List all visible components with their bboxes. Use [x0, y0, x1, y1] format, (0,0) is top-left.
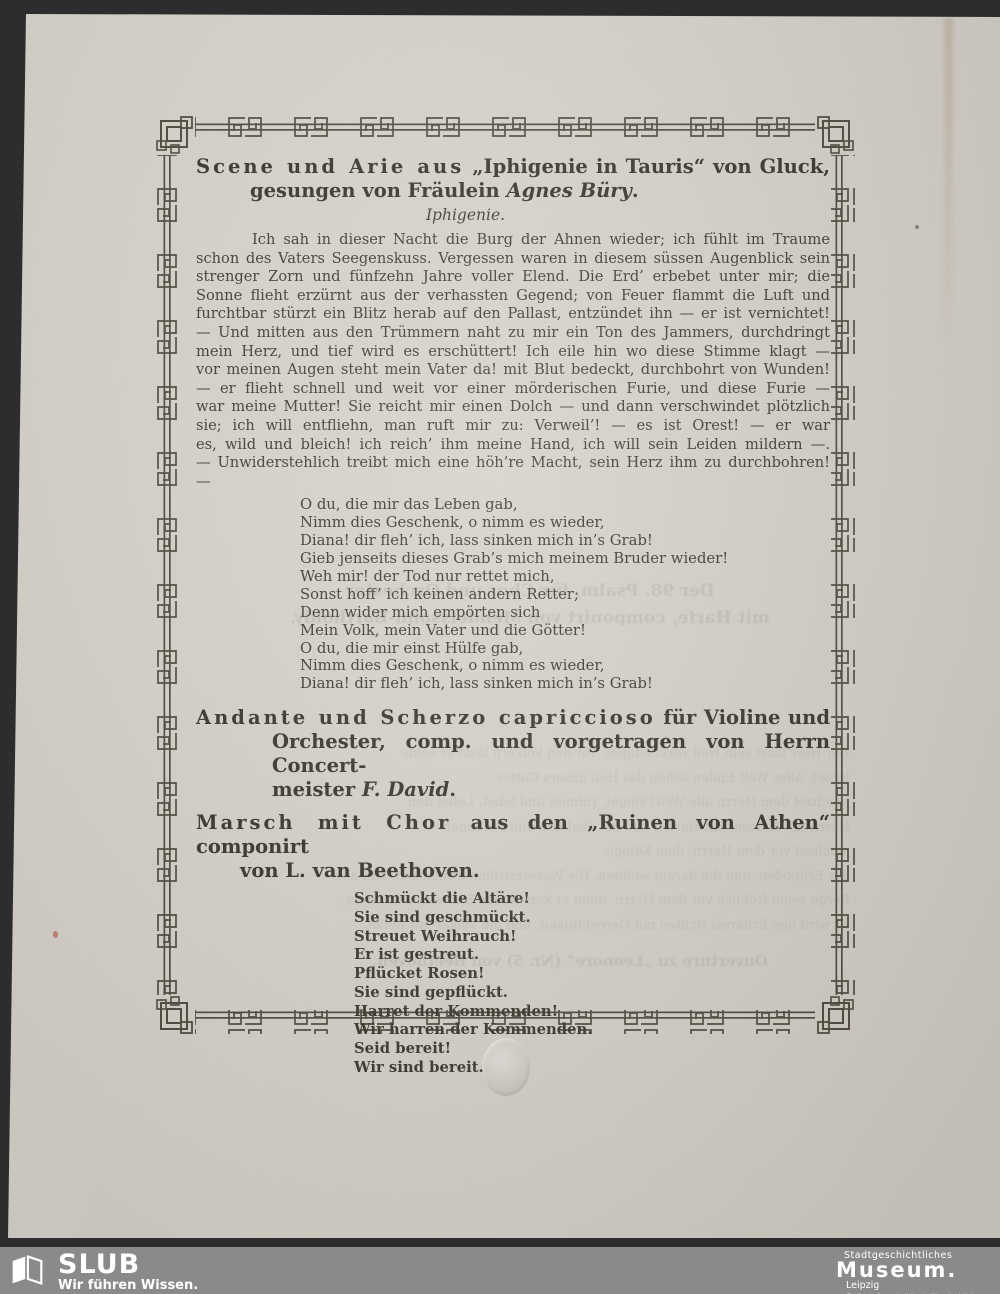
chorus-line: Sie sind geschmückt. — [354, 909, 830, 928]
chorus-line: Schmückt die Altäre! — [354, 890, 830, 909]
heading-line3-suffix: . — [449, 778, 456, 801]
section3-heading: Marsch mit Chor aus den „Ruinen von Athe… — [196, 811, 830, 883]
chorus-line: Harret der Kommenden! — [354, 1003, 830, 1022]
section2-heading-line1: Andante und Scherzo capriccioso für Viol… — [196, 706, 830, 730]
aria-verse-line: Denn wider mich empörten sich — [300, 604, 830, 622]
section3-heading-line1: Marsch mit Chor aus den „Ruinen von Athe… — [196, 811, 830, 859]
heading-spaced-text: Scene und Arie aus — [196, 155, 464, 178]
section2-heading-line2: Orchester, comp. und vorgetragen von Her… — [272, 730, 830, 778]
chorus-line: Er ist gestreut. — [354, 946, 830, 965]
chorus-line: Streuet Weihrauch! — [354, 928, 830, 947]
aria-verse-line: Gieb jenseits dieses Grab’s mich meinem … — [300, 550, 830, 568]
heading-rest-text: für Violine und — [663, 706, 830, 729]
aria-verse-line: Diana! dir fleh’ ich, lass sinken mich i… — [300, 532, 830, 550]
aria-verse-line: O du, die mir das Leben gab, — [300, 496, 830, 514]
section1-heading-line2: gesungen von Fräulein Agnes Büry. — [250, 179, 830, 203]
aria-verse-line: Weh mir! der Tod nur rettet mich, — [300, 568, 830, 586]
slub-tagline: Wir führen Wissen. — [58, 1278, 198, 1293]
aria-verse-line: Nimm dies Geschenk, o nimm es wieder, — [300, 514, 830, 532]
chorus-line: Pflücket Rosen! — [354, 965, 830, 984]
heading-line2-prefix: gesungen von Fräulein — [250, 179, 506, 202]
heading-rest-text: „Iphigenie in Tauris“ von Gluck, — [472, 155, 830, 178]
heading-line2-suffix: . — [632, 179, 639, 202]
paper-stain — [944, 18, 953, 338]
monologue-line: — Unwiderstehlich treibt mich eine höh’r… — [196, 454, 830, 491]
monologue-line: Sonne flieht erzürnt aus der verhassten … — [196, 287, 830, 306]
heading-line3-prefix: meister — [272, 778, 362, 801]
heading-spaced-text: Marsch mit Chor — [196, 811, 451, 834]
slub-logo[interactable]: SLUB Wir führen Wissen. — [10, 1251, 198, 1293]
chorus-line: Wir sind bereit. — [354, 1059, 830, 1078]
open-book-icon — [10, 1253, 44, 1287]
museum-name: Museum. — [836, 1261, 986, 1280]
monologue-line: strenger Zorn und fünfzehn Jahre voller … — [196, 268, 830, 287]
aria-verse-line: Mein Volk, mein Vater und die Götter! — [300, 622, 830, 640]
aria-verse-line: Diana! dir fleh’ ich, lass sinken mich i… — [300, 675, 830, 693]
heading-spaced-text: Andante und Scherzo capriccioso — [196, 706, 656, 729]
section1-heading-line1: Scene und Arie aus „Iphigenie in Tauris“… — [196, 155, 830, 179]
performer-name: Agnes Büry — [506, 179, 631, 202]
section3-heading-line2: von L. van Beethoven. — [240, 859, 830, 883]
monologue-line: Ich sah in dieser Nacht die Burg der Ahn… — [196, 231, 830, 250]
slub-logo-text: SLUB Wir führen Wissen. — [58, 1251, 198, 1293]
monologue-line: mein Herz, und tief wird es erschüttert!… — [196, 343, 830, 362]
chorus-line: Seid bereit! — [354, 1040, 830, 1059]
programme-text: Scene und Arie aus „Iphigenie in Tauris“… — [196, 155, 830, 1077]
viewer-footer-bar: SLUB Wir führen Wissen. Stadtgeschichtli… — [0, 1247, 1000, 1294]
monologue-line: — Und mitten aus den Trümmern naht zu mi… — [196, 324, 830, 343]
monologue-line: furchtbar stürzt ein Blitz herab auf den… — [196, 305, 830, 324]
performer-name: F. David — [362, 778, 449, 801]
paper-speck-red — [53, 931, 58, 938]
monologue-block: Ich sah in dieser Nacht die Burg der Ahn… — [196, 231, 830, 491]
speaker-label: Iphigenie. — [196, 206, 830, 225]
chorus-line: Sie sind gepflückt. — [354, 984, 830, 1003]
section2-heading-line3: meister F. David. — [272, 778, 830, 802]
aria-verse-line: Sonst hoff’ ich keinen andern Retter; — [300, 586, 830, 604]
section2-heading: Andante und Scherzo capriccioso für Viol… — [196, 706, 830, 802]
aria-verse-line: Nimm dies Geschenk, o nimm es wieder, — [300, 657, 830, 675]
slub-name: SLUB — [58, 1251, 198, 1278]
monologue-line: schon des Vaters Seegenskuss. Vergessen … — [196, 250, 830, 269]
aria-verse-block: O du, die mir das Leben gab,Nimm dies Ge… — [300, 496, 830, 693]
chorus-line: Wir harren der Kommenden. — [354, 1021, 830, 1040]
paper-speck-dark — [915, 225, 919, 229]
museum-logo[interactable]: Stadtgeschichtliches Museum. Leipzig ✓ Z… — [836, 1250, 986, 1294]
aria-verse-line: O du, die mir einst Hülfe gab, — [300, 640, 830, 658]
monologue-line: es, wild und bleich! ich reich’ ihm mein… — [196, 436, 830, 455]
chorus-block: Schmückt die Altäre!Sie sind geschmückt.… — [354, 890, 830, 1077]
monologue-line: sie; ich will entfliehn, man ruft mir zu… — [196, 417, 830, 436]
monologue-line: war meine Mutter! Sie reicht mir einen D… — [196, 398, 830, 417]
scanned-page: Der 98. Psalm, für Chor und Orchestermit… — [0, 0, 1000, 1238]
monologue-line: vor meinen Augen steht mein Vater da! mi… — [196, 361, 830, 380]
monologue-line: — er flieht schnell und weit vor einer m… — [196, 380, 830, 399]
